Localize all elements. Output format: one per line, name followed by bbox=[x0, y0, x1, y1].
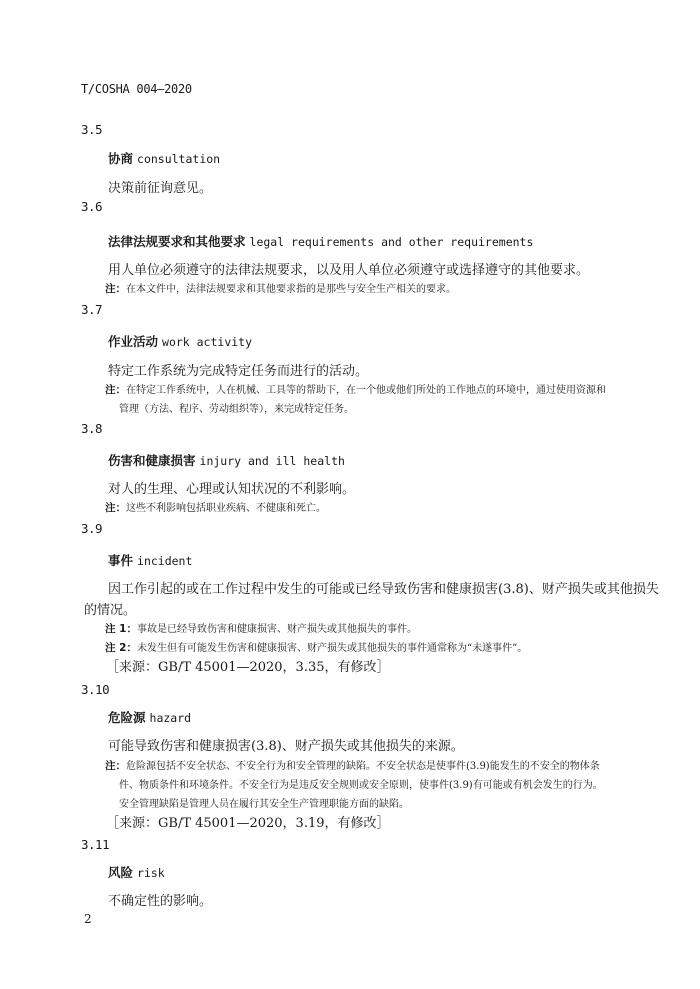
term-en: consultation bbox=[137, 152, 220, 166]
definition-continuation: 的情况。 bbox=[84, 599, 136, 618]
note-label: 注： bbox=[105, 283, 126, 295]
term-zh: 事件 bbox=[108, 553, 133, 568]
note: 注：在特定工作系统中，人在机械、工具等的帮助下，在一个他或他们所处的工作地点的环… bbox=[105, 381, 606, 397]
note-label: 注 1： bbox=[105, 623, 137, 635]
term-en: incident bbox=[137, 554, 192, 568]
term-en: risk bbox=[137, 866, 165, 880]
term-heading: 法律法规要求和其他要求legal requirements and other … bbox=[108, 232, 533, 250]
note-1: 注 1：事故是已经导致伤害和健康损害、财产损失或其他损失的事件。 bbox=[105, 620, 417, 636]
clause-number: 3.9 bbox=[81, 521, 102, 536]
note-label: 注： bbox=[105, 384, 126, 396]
note: 注：这些不利影响包括职业疾病、不健康和死亡。 bbox=[105, 499, 326, 515]
term-heading: 协商consultation bbox=[108, 149, 220, 167]
term-zh: 协商 bbox=[108, 151, 133, 166]
note-label: 注： bbox=[105, 760, 126, 772]
source-citation: ［来源：GB/T 45001—2020，3.19，有修改］ bbox=[106, 812, 390, 831]
term-heading: 风险risk bbox=[108, 863, 165, 881]
note-continuation: 安全管理缺陷是管理人员在履行其安全生产管理职能方面的缺陷。 bbox=[119, 795, 409, 810]
note-2: 注 2：未发生但有可能发生伤害和健康损害、财产损失或其他损失的事件通常称为“未遂… bbox=[105, 639, 527, 655]
term-en: legal requirements and other requirement… bbox=[250, 235, 534, 249]
term-heading: 伤害和健康损害injury and ill health bbox=[108, 451, 345, 469]
definition: 因工作引起的或在工作过程中发生的可能或已经导致伤害和健康损害(3.8)、财产损失… bbox=[108, 578, 659, 597]
clause-number: 3.6 bbox=[81, 199, 102, 214]
clause-number: 3.8 bbox=[81, 421, 102, 436]
note-label: 注 2： bbox=[105, 642, 137, 654]
term-zh: 法律法规要求和其他要求 bbox=[108, 234, 246, 249]
term-zh: 风险 bbox=[108, 865, 133, 880]
term-zh: 危险源 bbox=[108, 710, 146, 725]
term-zh: 伤害和健康损害 bbox=[108, 453, 196, 468]
clause-number: 3.7 bbox=[81, 302, 102, 317]
definition: 特定工作系统为完成特定任务而进行的活动。 bbox=[108, 360, 368, 379]
clause-number: 3.5 bbox=[81, 122, 102, 137]
definition: 不确定性的影响。 bbox=[108, 890, 212, 909]
note: 注：危险源包括不安全状态、不安全行为和安全管理的缺陷。不安全状态是使事件(3.9… bbox=[105, 757, 600, 773]
note-continuation: 件、物质条件和环境条件。不安全行为是违反安全规则或安全原则，使事件(3.9)有可… bbox=[119, 776, 603, 791]
clause-number: 3.10 bbox=[81, 682, 109, 697]
source-citation: ［来源：GB/T 45001—2020，3.35，有修改］ bbox=[106, 656, 390, 675]
term-zh: 作业活动 bbox=[108, 334, 158, 349]
definition: 可能导致伤害和健康损害(3.8)、财产损失或其他损失的来源。 bbox=[108, 735, 464, 754]
note-label: 注： bbox=[105, 502, 126, 514]
definition: 对人的生理、心理或认知状况的不利影响。 bbox=[108, 478, 355, 497]
term-heading: 危险源hazard bbox=[108, 708, 191, 726]
term-en: work activity bbox=[162, 335, 252, 349]
term-en: hazard bbox=[150, 711, 192, 725]
clause-number: 3.11 bbox=[81, 837, 109, 852]
term-en: injury and ill health bbox=[200, 454, 345, 468]
note-continuation: 管理（方法、程序、劳动组织等），来完成特定任务。 bbox=[119, 400, 354, 415]
note: 注：在本文件中，法律法规要求和其他要求指的是那些与安全生产相关的要求。 bbox=[105, 280, 456, 296]
term-heading: 作业活动work activity bbox=[108, 332, 252, 350]
page-number: 2 bbox=[84, 912, 92, 926]
document-id-header: T/COSHA 004—2020 bbox=[81, 82, 192, 96]
term-heading: 事件incident bbox=[108, 551, 192, 569]
definition: 决策前征询意见。 bbox=[108, 177, 212, 196]
definition: 用人单位必须遵守的法律法规要求，以及用人单位必须遵守或选择遵守的其他要求。 bbox=[108, 259, 589, 278]
